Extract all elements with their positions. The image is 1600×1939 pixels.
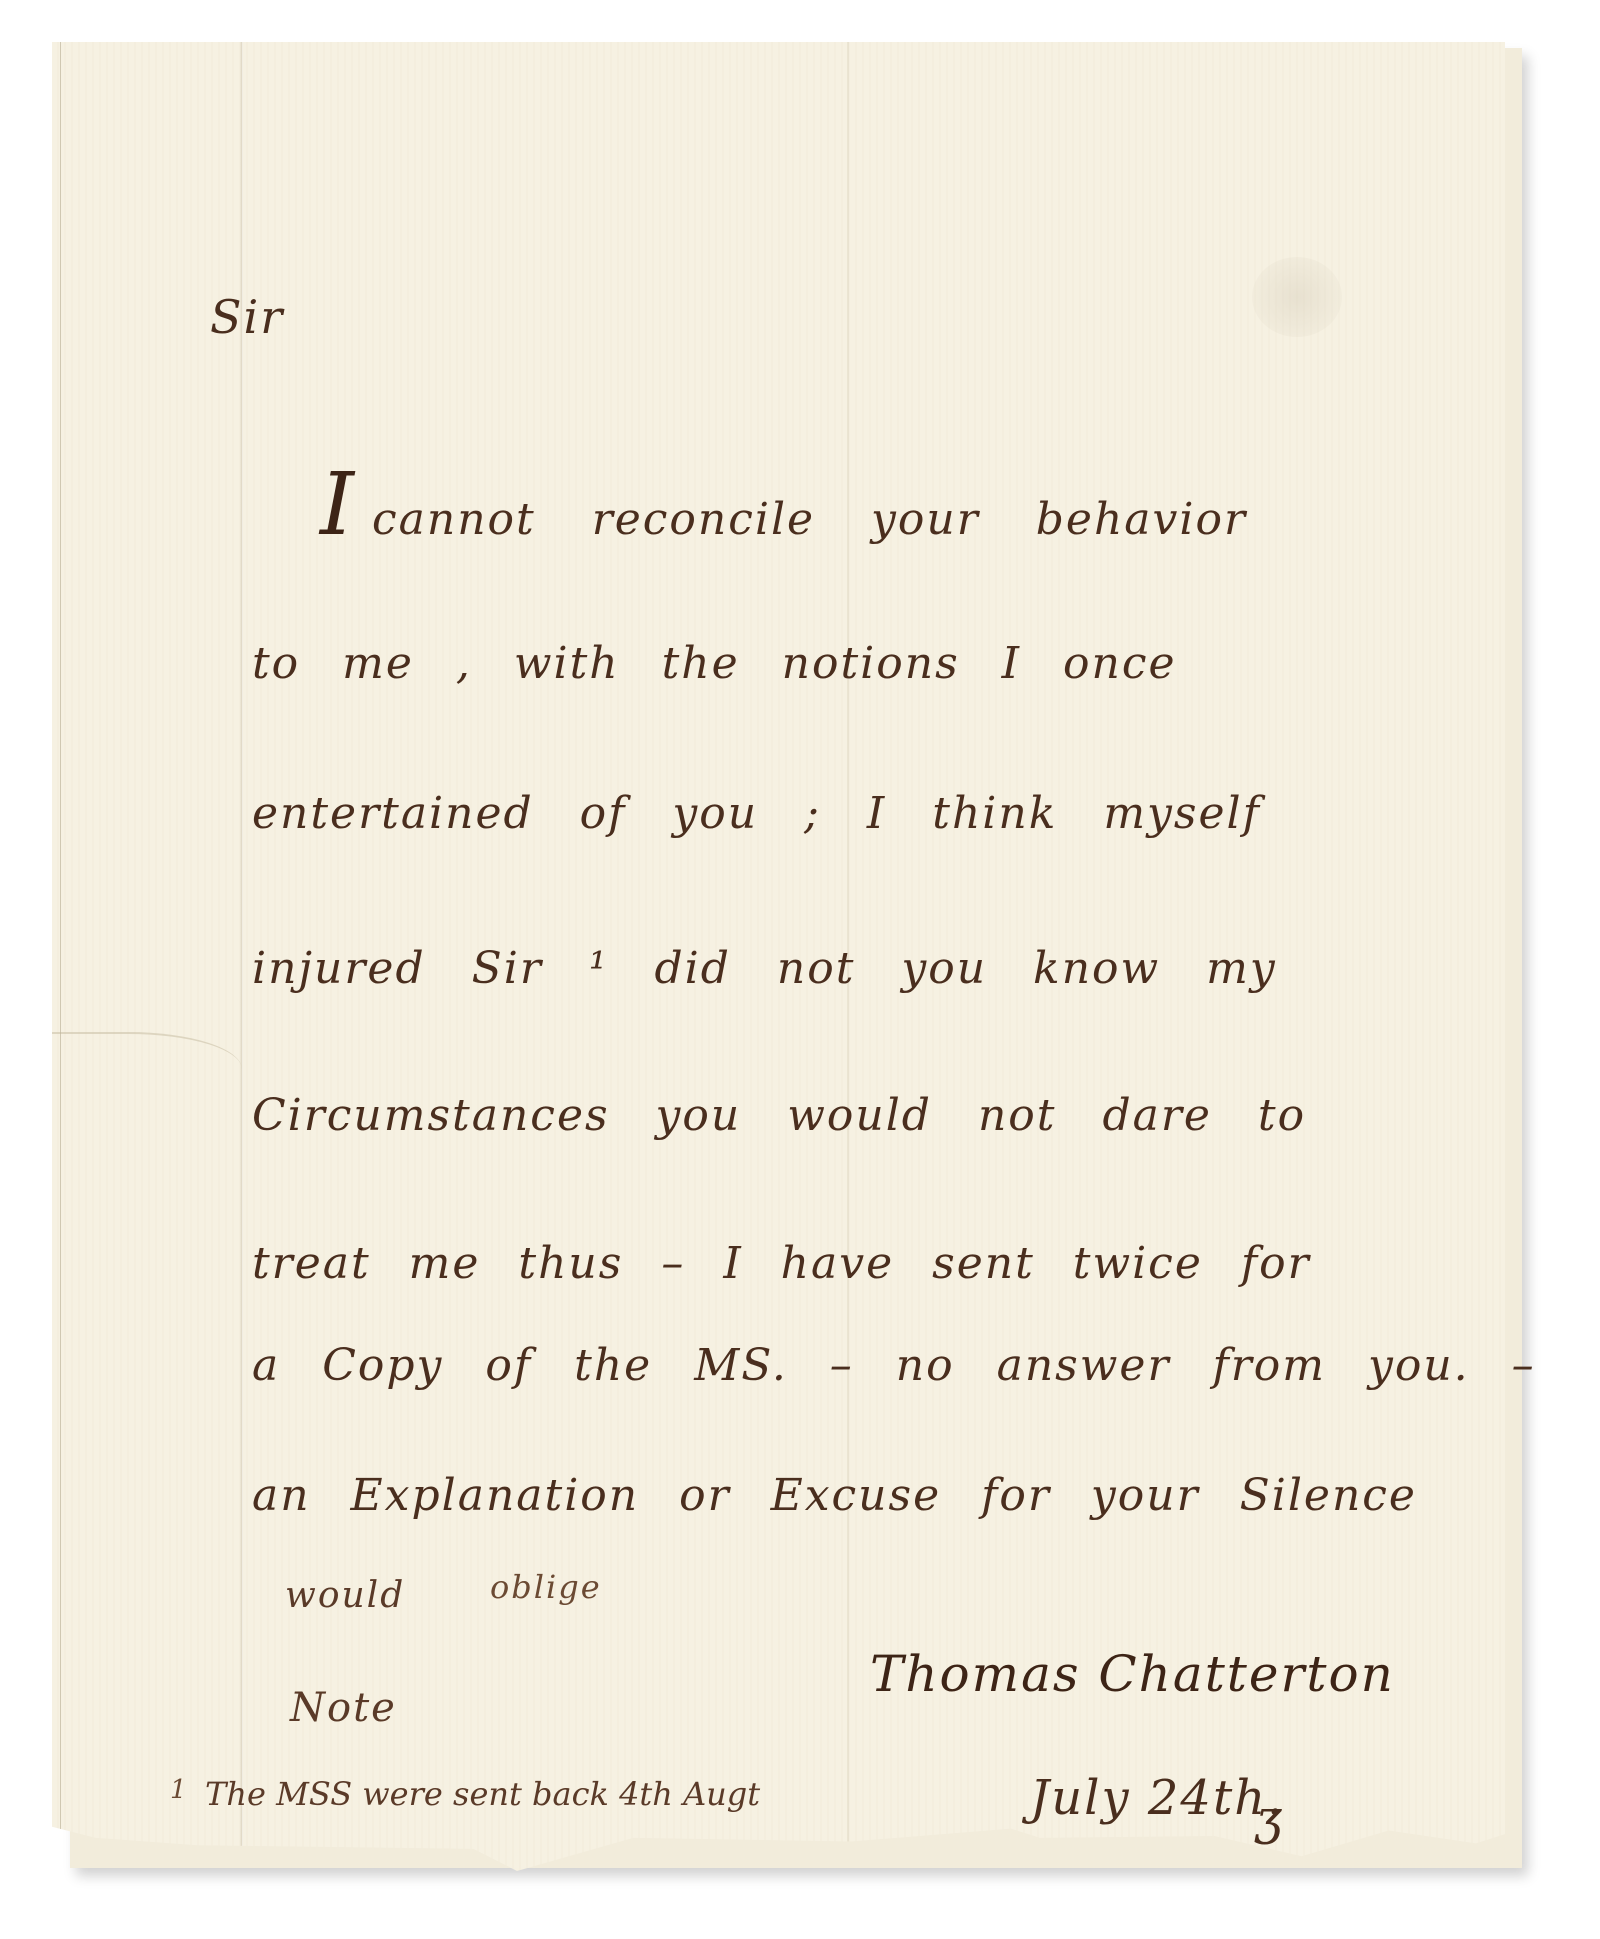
letter-date: July 24th.	[1030, 1770, 1284, 1826]
footnote-text: The MSS were sent back 4th Augt	[205, 1775, 760, 1813]
paper-stain	[1252, 257, 1342, 337]
letter-line-3: entertained of you ; I think myself	[252, 788, 1261, 839]
letter-line-2: to me , with the notions I once	[252, 638, 1177, 689]
line-1-text: cannot reconcile your behavior	[372, 494, 1247, 545]
page-edge-line	[60, 42, 61, 1882]
signature: Thomas Chatterton	[870, 1645, 1395, 1703]
letter-line-1: I cannot reconcile your behavior	[320, 455, 1247, 555]
note-heading: Note	[290, 1685, 397, 1731]
paper-crease	[52, 1032, 242, 1094]
salutation: Sir	[210, 290, 284, 344]
inserted-word: oblige	[490, 1568, 602, 1606]
letter-line-7: a Copy of the MS. – no answer from you. …	[252, 1340, 1536, 1391]
initial-letter: I	[320, 455, 356, 555]
letter-line-8: an Explanation or Excuse for your Silenc…	[252, 1470, 1417, 1521]
footnote-marker: 1	[170, 1775, 189, 1805]
date-flourish-icon: ʒ	[1255, 1790, 1284, 1846]
letter-line-9: would	[285, 1575, 405, 1616]
letter-line-4: injured Sir ¹ did not you know my	[252, 943, 1277, 994]
letter-line-6: treat me thus – I have sent twice for	[252, 1238, 1311, 1289]
letter-line-5: Circumstances you would not dare to	[252, 1090, 1306, 1141]
